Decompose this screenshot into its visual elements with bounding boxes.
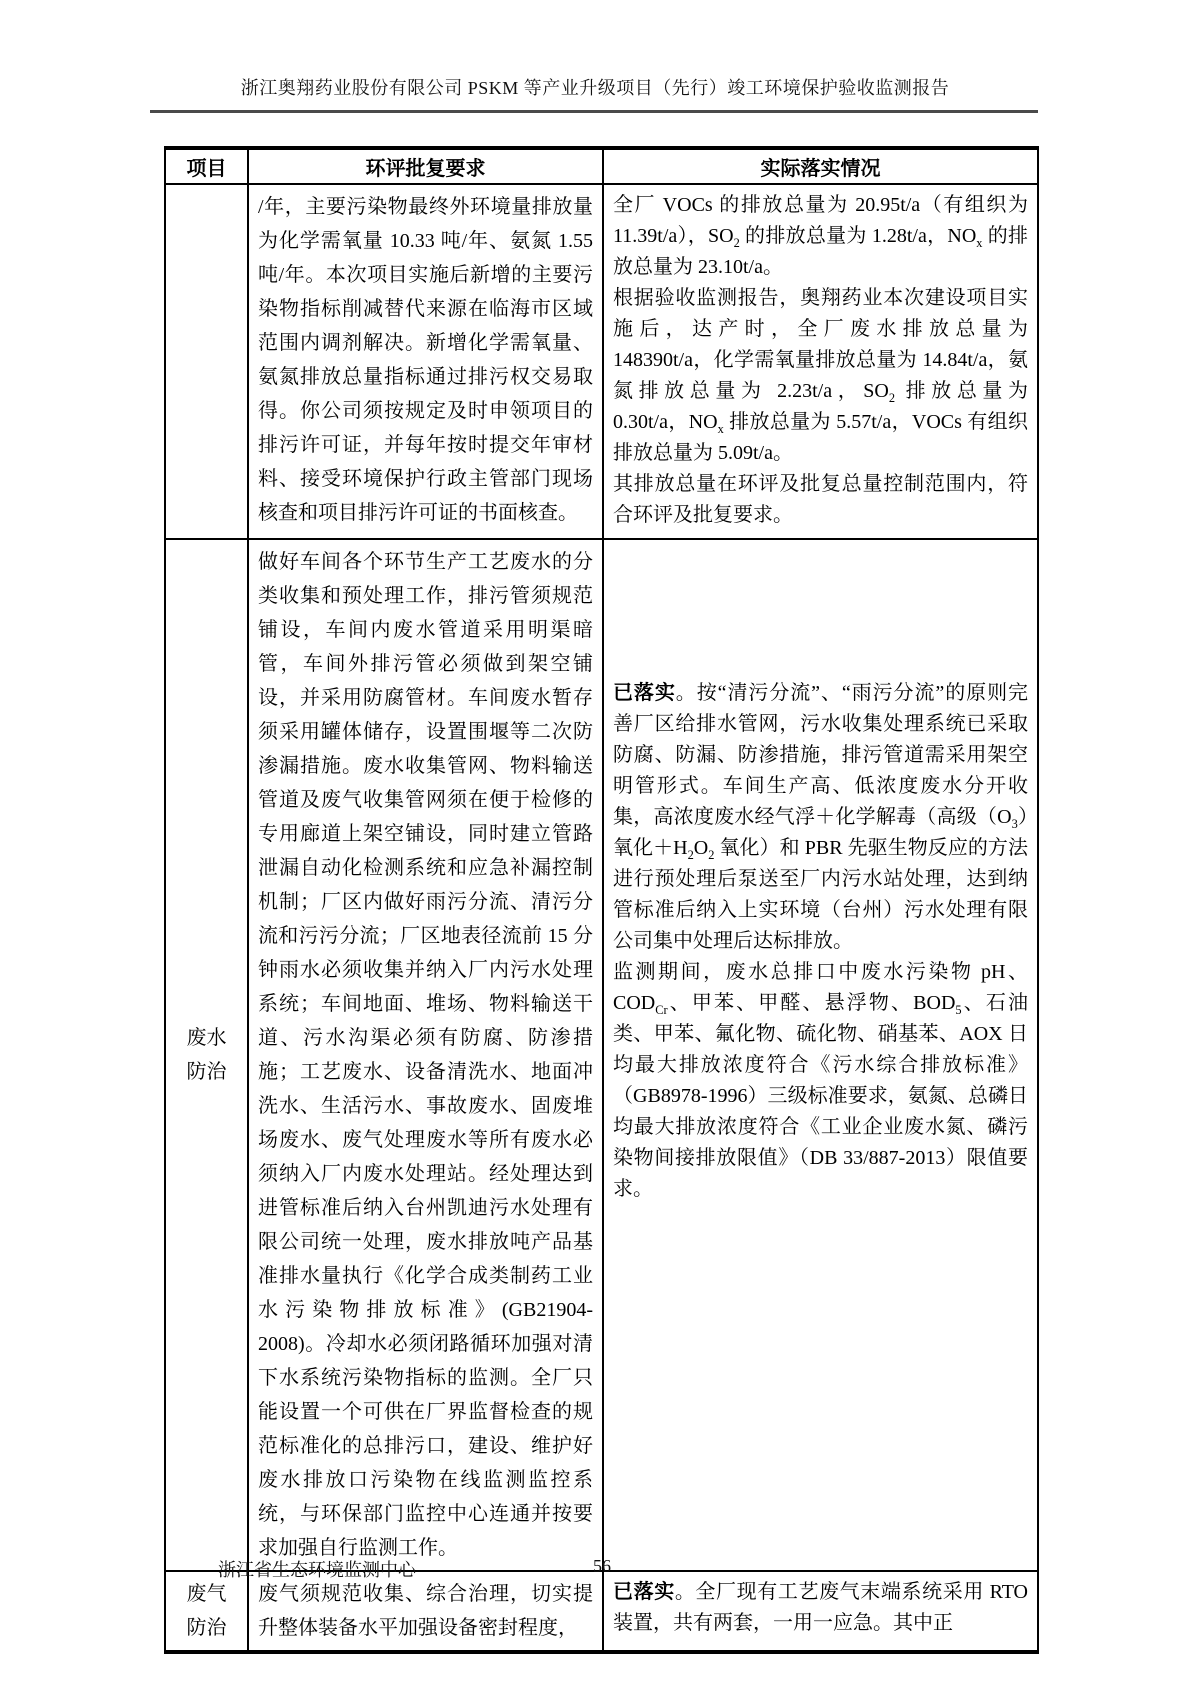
- approval-implementation-table: 项目 环评批复要求 实际落实情况 /年，主要污染物最终外环境量排放量为化学需氧量…: [164, 146, 1039, 1654]
- paragraph: 防治: [170, 1611, 243, 1645]
- column-header-implementation: 实际落实情况: [603, 148, 1038, 184]
- paragraph: 已落实。按“清污分流”、“雨污分流”的原则完善厂区给排水管网，污水收集处理系统已…: [613, 678, 1028, 957]
- paragraph: 废气须规范收集、综合治理，切实提升整体装备水平加强设备密封程度，: [258, 1577, 593, 1645]
- paragraph: 防治: [170, 1055, 243, 1089]
- page-footer: 浙江省生态环境监测中心 56: [164, 1556, 1037, 1586]
- footer-organization: 浙江省生态环境监测中心: [218, 1556, 416, 1582]
- paragraph: 已落实。全厂现有工艺废气末端系统采用 RTO 装置，共有两套，一用一应急。其中正: [613, 1577, 1028, 1639]
- column-header-project: 项目: [165, 148, 248, 184]
- table-row-wastewater: 废水防治 做好车间各个环节生产工艺废水的分类收集和预处理工作，排污管须规范铺设，…: [165, 539, 1038, 1571]
- table-row-total-emission: /年，主要污染物最终外环境量排放量为化学需氧量 10.33 吨/年、氨氮 1.5…: [165, 184, 1038, 539]
- implementation-cell: 已落实。按“清污分流”、“雨污分流”的原则完善厂区给排水管网，污水收集处理系统已…: [603, 539, 1038, 1571]
- document-header-title: 浙江奥翔药业股份有限公司 PSKM 等产业升级项目（先行）竣工环境保护验收监测报…: [0, 74, 1190, 100]
- paragraph: /年，主要污染物最终外环境量排放量为化学需氧量 10.33 吨/年、氨氮 1.5…: [258, 190, 593, 530]
- table-header-row: 项目 环评批复要求 实际落实情况: [165, 148, 1038, 184]
- header-rule: [150, 110, 1038, 113]
- footer-page-number: 56: [593, 1556, 611, 1577]
- document-page: 浙江奥翔药业股份有限公司 PSKM 等产业升级项目（先行）竣工环境保护验收监测报…: [0, 0, 1190, 1683]
- paragraph: 做好车间各个环节生产工艺废水的分类收集和预处理工作，排污管须规范铺设，车间内废水…: [258, 545, 593, 1565]
- paragraph: 其排放总量在环评及批复总量控制范围内，符合环评及批复要求。: [613, 469, 1028, 531]
- paragraph: 全厂 VOCs 的排放总量为 20.95t/a（有组织为 11.39t/a），S…: [613, 190, 1028, 283]
- column-header-requirement: 环评批复要求: [248, 148, 603, 184]
- paragraph: 监测期间，废水总排口中废水污染物 pH、CODCr、甲苯、甲醛、悬浮物、BOD5…: [613, 957, 1028, 1205]
- requirement-cell: 做好车间各个环节生产工艺废水的分类收集和预处理工作，排污管须规范铺设，车间内废水…: [248, 539, 603, 1571]
- implementation-cell: 全厂 VOCs 的排放总量为 20.95t/a（有组织为 11.39t/a），S…: [603, 184, 1038, 539]
- paragraph: 废水: [170, 1021, 243, 1055]
- requirement-cell: /年，主要污染物最终外环境量排放量为化学需氧量 10.33 吨/年、氨氮 1.5…: [248, 184, 603, 539]
- paragraph: 根据验收监测报告，奥翔药业本次建设项目实施后，达产时，全厂废水排放总量为 148…: [613, 283, 1028, 469]
- project-cell: [165, 184, 248, 539]
- project-cell: 废水防治: [165, 539, 248, 1571]
